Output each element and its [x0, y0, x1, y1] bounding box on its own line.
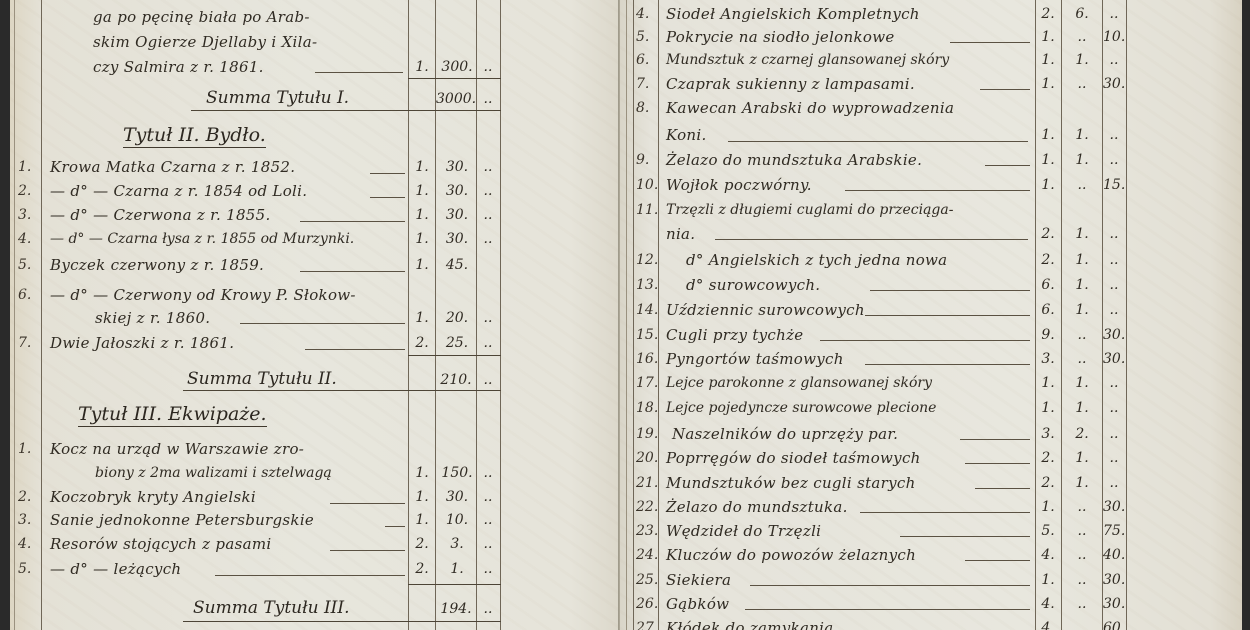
item-description: Wędzideł do Trzęzli [666, 522, 821, 540]
item-description: — d° — leżących [50, 560, 181, 578]
value-cell: 30. [438, 158, 476, 176]
value-cell: .. [1063, 595, 1101, 613]
fill-dash [750, 585, 1030, 586]
value-cell: 30. [438, 206, 476, 224]
fraction-cell: .. [1103, 225, 1125, 243]
item-number: 23. [636, 522, 658, 540]
section-sum-label: Summa Tytułu I. [206, 88, 349, 108]
value-cell: 1. [438, 560, 476, 578]
item-description: Czaprak sukienny z lampasami. [666, 75, 915, 93]
item-number: 19. [636, 425, 658, 443]
qty-cell: 2. [1036, 225, 1060, 243]
qty-cell: 5. [1036, 522, 1060, 540]
fill-dash [865, 364, 1030, 365]
fraction-cell: .. [1103, 126, 1125, 144]
fill-dash [965, 560, 1030, 561]
qty-cell: 2. [1036, 449, 1060, 467]
fill-dash [865, 315, 1030, 316]
fill-dash [985, 165, 1030, 166]
fraction-cell: 15. [1103, 176, 1125, 194]
value-cell: 30. [438, 230, 476, 248]
item-number: 11. [636, 201, 658, 219]
fraction-cell: 40. [1103, 546, 1125, 564]
item-number: 6. [18, 286, 31, 304]
value-cell: 25. [438, 334, 476, 352]
fraction-cell: .. [1103, 51, 1125, 69]
item-description: — d° — Czarna z r. 1854 od Loli. [50, 182, 307, 200]
qty-cell: 2. [410, 535, 434, 553]
fraction-cell: 30. [1103, 498, 1125, 516]
qty-cell: 1. [1036, 151, 1060, 169]
qty-cell: 1. [1036, 399, 1060, 417]
section-sum-fraction: .. [477, 371, 499, 389]
value-cell: 1. [1063, 449, 1101, 467]
section-sum-fraction: .. [477, 90, 499, 108]
fraction-cell: 75. [1103, 522, 1125, 540]
qty-cell: 1. [410, 256, 434, 274]
fill-dash [960, 439, 1030, 440]
item-description: Żelazo do mundsztuka Arabskie. [666, 151, 922, 169]
fraction-cell: .. [477, 230, 499, 248]
qty-cell: 1. [410, 230, 434, 248]
fill-dash [980, 89, 1030, 90]
value-cell: 1. [1063, 276, 1101, 294]
item-number: 13. [636, 276, 658, 294]
item-description-cont: skiej z r. 1860. [95, 309, 210, 327]
item-description: Gąbków [666, 595, 729, 613]
item-number: 27. [636, 619, 658, 630]
right-edge-rule [500, 0, 501, 630]
item-number: 15. [636, 326, 658, 344]
value-cell: .. [1063, 498, 1101, 516]
item-description: Poprręgów do siodeł taśmowych [666, 449, 921, 467]
fraction-cell: .. [477, 535, 499, 553]
item-number: 10. [636, 176, 658, 194]
fill-dash [820, 340, 1030, 341]
item-description: Kłódek do zamykania [666, 619, 834, 630]
fraction-cell: 30. [1103, 75, 1125, 93]
margin-rule [626, 0, 627, 630]
value-cell: 30. [438, 182, 476, 200]
item-description: Kawecan Arabski do wyprowadzenia [666, 99, 954, 117]
value-cell: .. [1063, 75, 1101, 93]
item-number: 2. [18, 182, 31, 200]
value-cell: 1. [1063, 374, 1101, 392]
fill-dash [950, 42, 1030, 43]
entry-text-line: ga po pęcinę biała po Arab- [93, 8, 310, 26]
section-sum-value: 194. [436, 600, 476, 618]
fill-dash [305, 349, 405, 350]
fill-dash [900, 536, 1030, 537]
item-description: Żelazo do mundsztuka. [666, 498, 848, 516]
item-description: Uździennic surowcowych [666, 301, 865, 319]
qty-cell: 1. [1036, 374, 1060, 392]
sum-rule [191, 110, 501, 111]
item-number: 4. [18, 230, 31, 248]
fraction-cell: .. [477, 560, 499, 578]
fraction-cell: .. [1103, 5, 1125, 23]
fraction-cell: .. [477, 464, 499, 482]
fraction-cell: .. [477, 206, 499, 224]
item-number: 21. [636, 474, 658, 492]
value-cell: .. [1063, 619, 1101, 630]
value-column-rule [1061, 0, 1062, 630]
item-number: 3. [18, 206, 31, 224]
fraction-cell: 30. [1103, 350, 1125, 368]
fraction-cell: 30. [1103, 595, 1125, 613]
fill-dash [715, 239, 1028, 240]
qty-cell: 6. [1036, 276, 1060, 294]
item-number: 22. [636, 498, 658, 516]
section-sum-label: Summa Tytułu III. [193, 598, 350, 618]
fraction-cell: .. [1103, 301, 1125, 319]
qty-cell: 4. [1036, 595, 1060, 613]
value-cell: .. [1063, 28, 1101, 46]
fraction-cell: .. [477, 182, 499, 200]
value-cell: 300. [438, 58, 476, 76]
qty-cell: 1. [410, 58, 434, 76]
qty-cell: 1. [1036, 75, 1060, 93]
item-number: 5. [636, 28, 649, 46]
qty-cell: 2. [1036, 474, 1060, 492]
item-description: Siekiera [666, 571, 731, 589]
item-number: 14. [636, 301, 658, 319]
item-description: Trzęzli z długiemi cuglami do przeciąga- [666, 201, 953, 219]
item-description: Pyngortów taśmowych [666, 350, 844, 368]
fill-dash [845, 190, 1030, 191]
section-heading: Tytuł III. Ekwipaże. [78, 403, 267, 427]
value-cell: 1. [1063, 151, 1101, 169]
qty-cell: 1. [1036, 51, 1060, 69]
item-number: 5. [18, 560, 31, 578]
right-edge-rule [1126, 0, 1127, 630]
subtotal-rule [408, 584, 501, 585]
fraction-cell: .. [477, 488, 499, 506]
fraction-cell: .. [1103, 425, 1125, 443]
qty-cell: 1. [1036, 498, 1060, 516]
fill-dash [330, 550, 405, 551]
entry-text-line: czy Salmira z r. 1861. [93, 58, 264, 76]
item-number: 20. [636, 449, 658, 467]
value-cell: 2. [1063, 425, 1101, 443]
fill-dash [215, 575, 405, 576]
item-number: 2. [18, 488, 31, 506]
qty-cell: 1. [410, 158, 434, 176]
fill-dash [385, 526, 405, 527]
fill-dash [315, 72, 403, 73]
qty-cell: 1. [410, 464, 434, 482]
fill-dash [745, 609, 1030, 610]
fill-dash [300, 271, 405, 272]
item-description: Cugli przy tychże [666, 326, 803, 344]
value-cell: 20. [438, 309, 476, 327]
value-cell: 6. [1063, 5, 1101, 23]
section-heading: Tytuł II. Bydło. [123, 124, 266, 148]
fill-dash [300, 221, 405, 222]
value-cell: 1. [1063, 126, 1101, 144]
item-description: — d° — Czarna łysa z r. 1855 od Murzynki… [50, 230, 354, 248]
item-number: 3. [18, 511, 31, 529]
fraction-cell: 30. [1103, 571, 1125, 589]
item-number: 1. [18, 158, 31, 176]
value-cell: 1. [1063, 225, 1101, 243]
item-description: Krowa Matka Czarna z r. 1852. [50, 158, 295, 176]
value-cell: 3. [438, 535, 476, 553]
item-description: — d° — Czerwona z r. 1855. [50, 206, 271, 224]
fraction-cell: .. [1103, 374, 1125, 392]
margin-rule [14, 0, 15, 630]
item-number: 6. [636, 51, 649, 69]
value-cell: 1. [1063, 51, 1101, 69]
fill-dash [975, 488, 1030, 489]
item-number: 18. [636, 399, 658, 417]
item-number: 24. [636, 546, 658, 564]
fraction-cell: .. [1103, 474, 1125, 492]
item-number: 1. [18, 440, 31, 458]
qty-column-rule [408, 0, 409, 630]
item-description: Resorów stojących z pasami [50, 535, 271, 553]
item-number: 7. [18, 334, 31, 352]
qty-cell: 4. [1036, 619, 1060, 630]
item-number: 17. [636, 374, 658, 392]
qty-cell: 4. [1036, 546, 1060, 564]
fraction-cell: .. [1103, 276, 1125, 294]
fill-dash [370, 173, 405, 174]
qty-cell: 1. [410, 511, 434, 529]
fraction-cell: .. [1103, 449, 1125, 467]
margin-rule-inner [633, 0, 634, 630]
section-sum-value: 3000. [436, 90, 476, 108]
fill-dash [965, 463, 1030, 464]
section-sum-fraction: .. [477, 600, 499, 618]
item-description: d° Angielskich z tych jedna nowa [686, 251, 947, 269]
qty-cell: 1. [410, 206, 434, 224]
fraction-cell: 10. [1103, 28, 1125, 46]
subtotal-rule [408, 78, 501, 79]
fill-dash [330, 503, 405, 504]
qty-cell: 3. [1036, 350, 1060, 368]
sum-rule [183, 390, 501, 391]
section-sum-value: 210. [436, 371, 476, 389]
fraction-cell: .. [1103, 399, 1125, 417]
qty-cell: 2. [410, 334, 434, 352]
qty-cell: 1. [410, 182, 434, 200]
value-cell: 150. [438, 464, 476, 482]
qty-cell: 2. [1036, 5, 1060, 23]
value-cell: 1. [1063, 474, 1101, 492]
item-number: 4. [18, 535, 31, 553]
qty-cell: 1. [410, 488, 434, 506]
qty-cell: 3. [1036, 425, 1060, 443]
value-cell: 30. [438, 488, 476, 506]
qty-cell: 2. [410, 560, 434, 578]
item-description-cont: nia. [666, 225, 695, 243]
value-cell: .. [1063, 176, 1101, 194]
qty-cell: 1. [1036, 176, 1060, 194]
qty-cell: 1. [1036, 28, 1060, 46]
right-ledger-page: 4. Siodeł Angielskich Kompletnych 2. 6. … [620, 0, 1242, 630]
item-number: 7. [636, 75, 649, 93]
item-description-cont: biony z 2ma walizami i sztelwagą [95, 464, 332, 482]
item-number: 16. [636, 350, 658, 368]
item-description: Siodeł Angielskich Kompletnych [666, 5, 920, 23]
value-cell: 1. [1063, 251, 1101, 269]
item-description: Koczobryk kryty Angielski [50, 488, 256, 506]
fraction-cell: .. [1103, 251, 1125, 269]
item-description: Sanie jednokonne Petersburgskie [50, 511, 314, 529]
value-cell: .. [1063, 571, 1101, 589]
fill-dash [728, 141, 1028, 142]
fraction-cell: .. [477, 309, 499, 327]
value-cell: 10. [438, 511, 476, 529]
fill-dash [240, 323, 405, 324]
value-cell: .. [1063, 326, 1101, 344]
value-cell: .. [1063, 350, 1101, 368]
item-description: — d° — Czerwony od Krowy P. Słokow- [50, 286, 356, 304]
qty-cell: 1. [1036, 126, 1060, 144]
value-cell: .. [1063, 522, 1101, 540]
item-description: d° surowcowych. [686, 276, 820, 294]
value-cell: 45. [438, 256, 476, 274]
fraction-cell: .. [477, 511, 499, 529]
item-description: Kocz na urząd w Warszawie zro- [50, 440, 304, 458]
qty-cell: 2. [1036, 251, 1060, 269]
fill-dash [860, 512, 1030, 513]
fraction-cell: 30. [1103, 326, 1125, 344]
item-number: 26. [636, 595, 658, 613]
qty-cell: 1. [410, 309, 434, 327]
fraction-cell: .. [477, 158, 499, 176]
item-description: Mundsztuków bez cugli starych [666, 474, 916, 492]
fill-dash [870, 290, 1030, 291]
fraction-cell: .. [1103, 151, 1125, 169]
qty-cell: 6. [1036, 301, 1060, 319]
qty-cell: 1. [1036, 571, 1060, 589]
item-number: 4. [636, 5, 649, 23]
section-sum-label: Summa Tytułu II. [187, 369, 337, 389]
item-description: Pokrycie na siodło jelonkowe [666, 28, 895, 46]
value-cell: 1. [1063, 301, 1101, 319]
item-description: Wojłok poczwórny. [666, 176, 812, 194]
item-number: 12. [636, 251, 658, 269]
item-description: Naszelników do uprzęży par. [672, 425, 898, 443]
item-description: Mundsztuk z czarnej glansowanej skóry [666, 51, 949, 69]
sum-rule [183, 621, 501, 622]
entry-text-line: skim Ogierze Djellaby i Xila- [93, 33, 317, 51]
qty-cell: 9. [1036, 326, 1060, 344]
value-cell: 1. [1063, 399, 1101, 417]
fraction-cell: 60. [1103, 619, 1125, 630]
fraction-cell: .. [477, 334, 499, 352]
item-description: Lejce pojedyncze surowcowe plecione [666, 399, 936, 417]
value-cell: .. [1063, 546, 1101, 564]
number-column-rule [41, 0, 42, 630]
item-description: Kluczów do powozów żelaznych [666, 546, 916, 564]
item-number: 8. [636, 99, 649, 117]
item-description: Dwie Jałoszki z r. 1861. [50, 334, 234, 352]
item-number: 25. [636, 571, 658, 589]
item-description: Lejce parokonne z glansowanej skóry [666, 374, 932, 392]
item-number: 5. [18, 256, 31, 274]
item-description-cont: Koni. [666, 126, 707, 144]
fill-dash [370, 197, 405, 198]
item-number: 9. [636, 151, 649, 169]
item-description: Byczek czerwony z r. 1859. [50, 256, 264, 274]
fraction-cell: .. [477, 58, 499, 76]
subtotal-rule [408, 355, 501, 356]
left-ledger-page: ga po pęcinę biała po Arab- skim Ogierze… [10, 0, 620, 630]
